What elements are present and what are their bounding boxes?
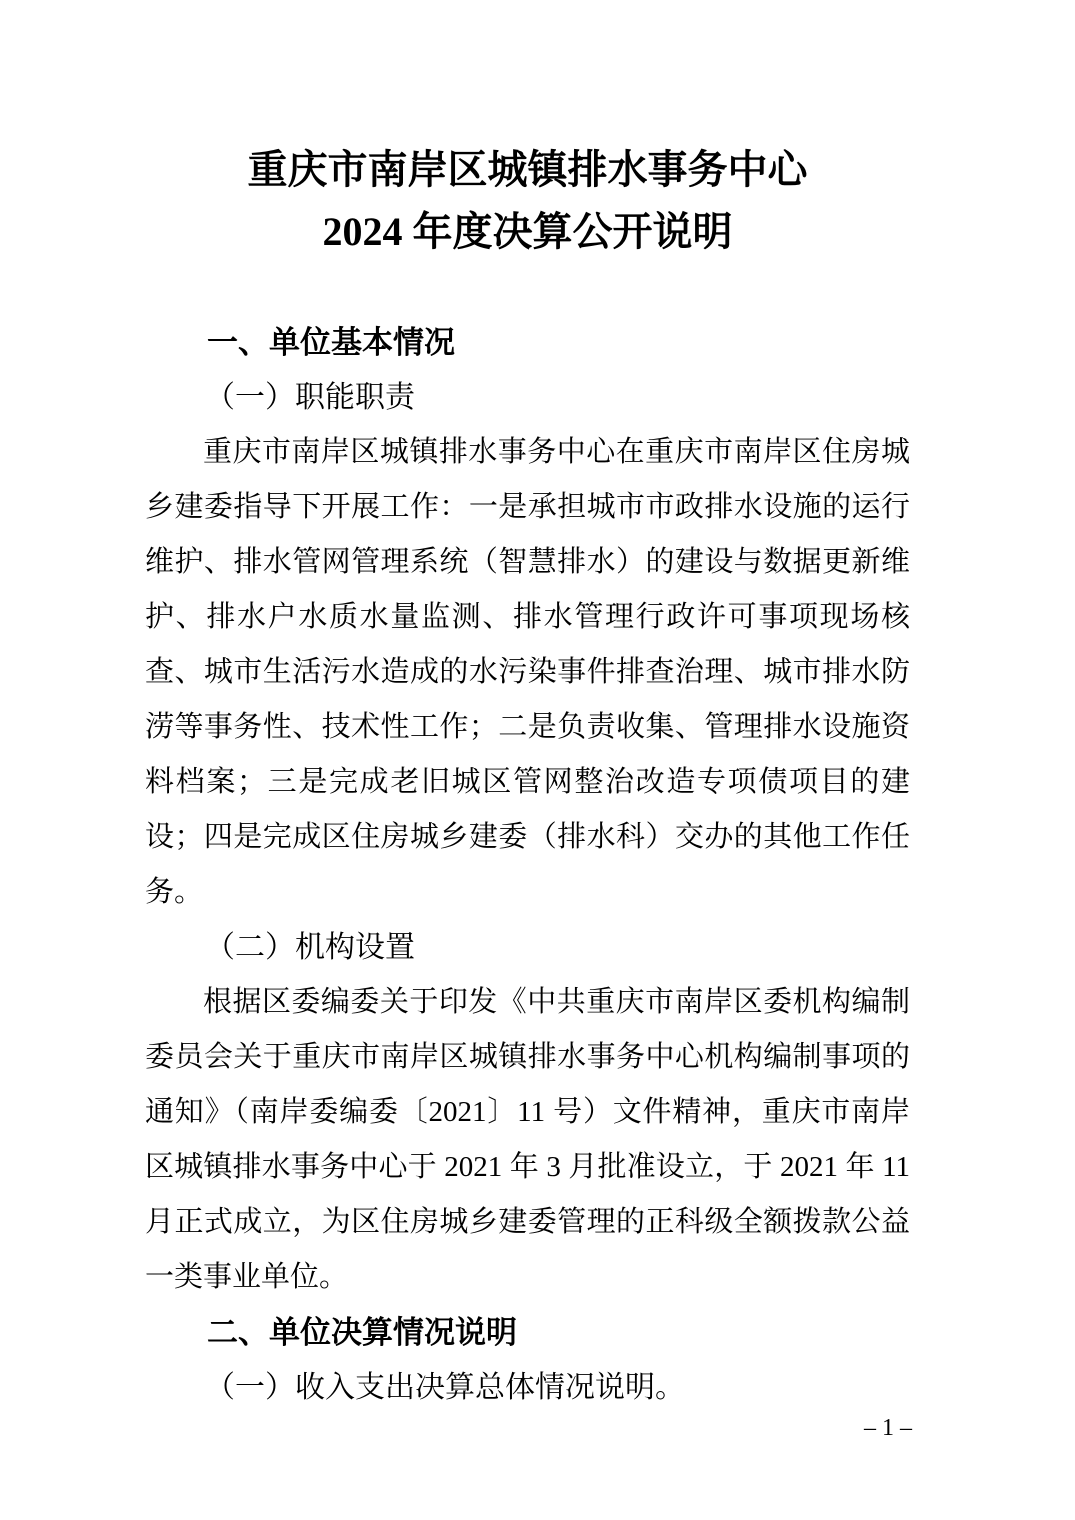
section-1-subsection-2-heading: （二）机构设置	[145, 920, 910, 975]
section-1-heading: 一、单位基本情况	[145, 315, 910, 370]
document-title-line1: 重庆市南岸区城镇排水事务中心	[145, 139, 910, 201]
section-2-subsection-1-heading: （一）收入支出决算总体情况说明。	[145, 1360, 910, 1415]
section-1-subsection-2-paragraph: 根据区委编委关于印发《中共重庆市南岸区委机构编制委员会关于重庆市南岸区城镇排水事…	[145, 975, 910, 1305]
document-page: 重庆市南岸区城镇排水事务中心 2024 年度决算公开说明 一、单位基本情况 （一…	[0, 0, 1075, 1520]
section-2-heading: 二、单位决算情况说明	[145, 1305, 910, 1360]
page-number: – 1 –	[864, 1413, 912, 1443]
section-1-subsection-1-paragraph: 重庆市南岸区城镇排水事务中心在重庆市南岸区住房城乡建委指导下开展工作：一是承担城…	[145, 425, 910, 920]
section-1-subsection-1-heading: （一）职能职责	[145, 370, 910, 425]
document-title-line2: 2024 年度决算公开说明	[145, 201, 910, 263]
